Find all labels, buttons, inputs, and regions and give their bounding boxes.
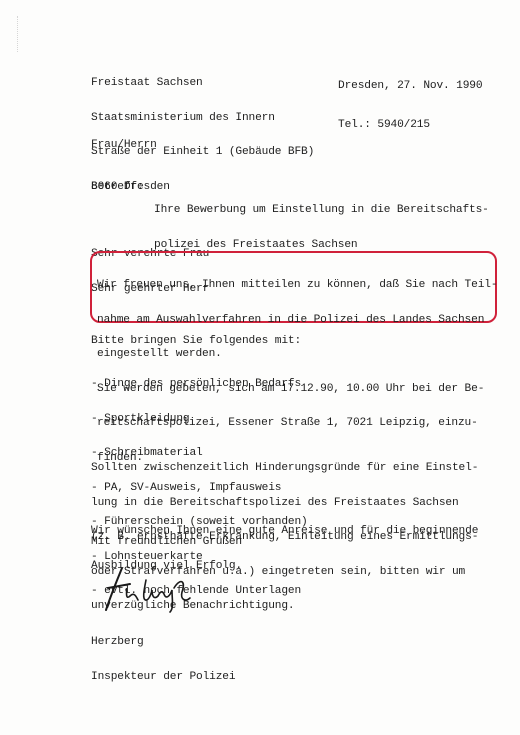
signer-block: Herzberg Inspekteur der Polizei xyxy=(91,614,235,706)
list-item: - Sportkleidung xyxy=(91,414,308,426)
scan-artifact xyxy=(17,16,22,52)
date-block: Dresden, 27. Nov. 1990 Tel.: 5940/215 xyxy=(338,55,482,156)
bring-intro: Bitte bringen Sie folgendes mit: xyxy=(91,336,301,348)
date-line: Dresden, 27. Nov. 1990 xyxy=(338,78,482,94)
paragraph-line: nahme am Auswahlverfahren in die Polizei… xyxy=(97,315,497,327)
signer-title: Inspekteur der Polizei xyxy=(91,672,235,684)
closing: Mit freundlichen Grüßen xyxy=(91,537,242,549)
subject-label: Betreff: xyxy=(91,182,144,194)
signature-icon xyxy=(100,566,200,616)
signer-name: Herzberg xyxy=(91,637,235,649)
list-item: - Dinge des persönlichen Bedarfs xyxy=(91,379,308,391)
subject: Betreff: Ihre Bewerbung um Einstellung i… xyxy=(91,182,117,228)
recipient: Frau/Herrn xyxy=(91,140,157,152)
sender-line: Freistaat Sachsen xyxy=(91,78,314,90)
subject-line: Ihre Bewerbung um Einstellung in die Ber… xyxy=(154,205,489,217)
paragraph-line: Sollten zwischenzeitlich Hinderungsgründ… xyxy=(91,463,478,475)
paragraph-line: Wir freuen uns, Ihnen mitteilen zu könne… xyxy=(97,280,497,292)
sender-line: Staatsministerium des Innern xyxy=(91,113,314,125)
letter-page: Freistaat Sachsen Staatsministerium des … xyxy=(0,0,520,735)
phone-line: Tel.: 5940/215 xyxy=(338,117,482,133)
